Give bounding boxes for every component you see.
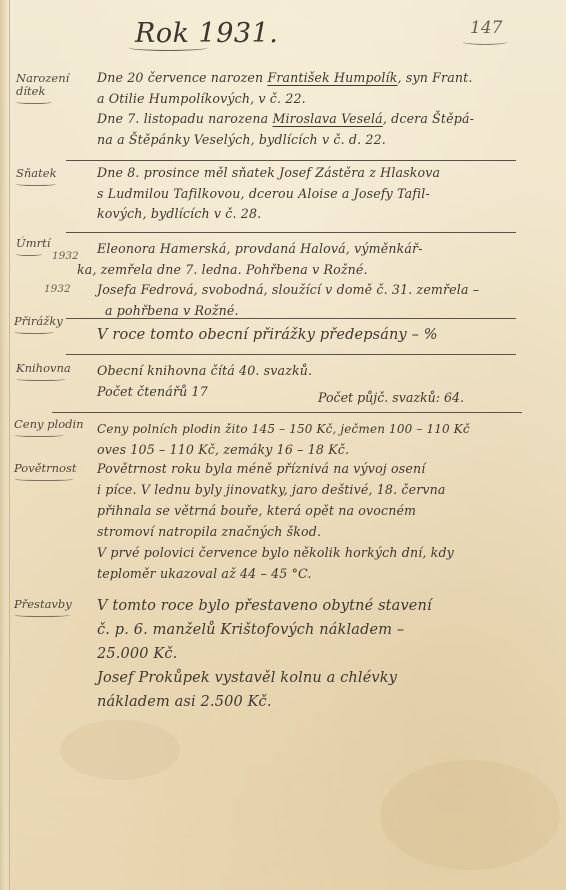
death-year-note: 1932 [44, 283, 71, 295]
entry-line: Eleonora Hamerská, provdaná Halová, výmě… [97, 239, 522, 260]
text: Dne 7. listopadu narozena [97, 111, 272, 126]
section-divider [66, 354, 516, 355]
entry-line: stromoví natropila značných škod. [97, 521, 522, 542]
entry-line: i píce. V lednu byly jinovatky, jaro deš… [97, 479, 522, 500]
text: , dcera Štěpá- [383, 111, 474, 126]
name-underlined: Miroslava Veselá [272, 111, 382, 126]
section-divider [52, 412, 522, 413]
section-label-surcharges: Přirážky [14, 315, 63, 334]
entry-line: Josef Prokůpek vystavěl kolnu a chlévky [97, 666, 522, 690]
entry-line: nákladem asi 2.500 Kč. [97, 690, 522, 714]
entry-line: V prvé polovici července bylo několik ho… [97, 542, 522, 563]
text: , syn Frant. [398, 70, 473, 85]
label-underline [14, 329, 54, 334]
entry-line: s Ludmilou Tafilkovou, dcerou Aloise a J… [97, 184, 522, 205]
title-flourish [128, 44, 208, 51]
death-year-note: 1932 [52, 250, 79, 262]
label-underline [16, 181, 56, 186]
label-text: Knihovna [16, 361, 71, 375]
entry-line: Dne 8. prosince měl sňatek Josef Zástěra… [97, 163, 522, 184]
paper-stain [380, 760, 560, 870]
label-underline [16, 251, 42, 256]
label-underline [14, 612, 70, 617]
entry-line: V tomto roce bylo přestaveno obytné stav… [97, 594, 522, 618]
label-text: Přestavby [14, 597, 72, 611]
label-text: Přirážky [14, 314, 63, 328]
section-label-marriage: Sňatek [16, 167, 57, 186]
label-text: dítek [16, 84, 45, 98]
label-text: Úmrtí [16, 236, 50, 250]
library-loans-count: Počet půjč. svazků: 64. [318, 390, 464, 405]
entry-rebuilding: V tomto roce bylo přestaveno obytné stav… [97, 594, 522, 714]
entry-line: a Otilie Humpolíkových, v č. 22. [97, 89, 522, 110]
section-divider [66, 318, 516, 319]
entry-line: č. p. 6. manželů Krištofových nákladem – [97, 618, 522, 642]
label-underline [16, 99, 52, 104]
label-text: Ceny plodin [14, 417, 84, 431]
entry-line: přihnala se větrná bouře, která opět na … [97, 500, 522, 521]
page-number: 147 [470, 18, 502, 38]
entry-line: Ceny polních plodin žito 145 – 150 Kč, j… [97, 419, 522, 440]
entry-line: Povětrnost roku byla méně příznivá na vý… [97, 458, 522, 479]
label-underline [16, 376, 66, 381]
section-label-births: Narození dítek [16, 72, 69, 104]
entry-line: ka, zemřela dne 7. ledna. Pohřbena v Rož… [77, 260, 522, 281]
section-divider [66, 160, 516, 161]
entry-line: V roce tomto obecní přirážky předepsány … [97, 323, 522, 347]
entry-surcharges: V roce tomto obecní přirážky předepsány … [97, 323, 522, 347]
page-number-flourish [462, 38, 508, 45]
section-label-deaths: Úmrtí [16, 237, 50, 256]
chronicle-page: Rok 1931. 147 Narození dítek Dne 20 červ… [0, 0, 566, 890]
name-underlined: František Humpolík [267, 70, 397, 85]
entry-marriage: Dne 8. prosince měl sňatek Josef Zástěra… [97, 163, 522, 225]
entry-weather: Povětrnost roku byla méně příznivá na vý… [97, 458, 522, 584]
label-text: Narození [16, 71, 69, 85]
entry-line: Dne 20 července narozen František Humpol… [97, 68, 522, 89]
label-underline [14, 432, 64, 437]
section-label-crop-prices: Ceny plodin [14, 418, 84, 437]
section-divider [66, 232, 516, 233]
entry-births: Dne 20 července narozen František Humpol… [97, 68, 522, 150]
entry-line: na a Štěpánky Veselých, bydlících v č. d… [97, 130, 522, 151]
page-binding-edge [0, 0, 10, 890]
section-label-library: Knihovna [16, 362, 71, 381]
label-text: Povětrnost [14, 461, 76, 475]
entry-line: Obecní knihovna čítá 40. svazků. [97, 361, 522, 382]
entry-deaths: Eleonora Hamerská, provdaná Halová, výmě… [97, 239, 522, 321]
paper-stain [60, 720, 180, 780]
entry-line: 25.000 Kč. [97, 642, 522, 666]
entry-line: oves 105 – 110 Kč, zemáky 16 – 18 Kč. [97, 440, 522, 461]
section-label-rebuilding: Přestavby [14, 598, 72, 617]
text: Dne 20 července narozen [97, 70, 267, 85]
entry-crop-prices: Ceny polních plodin žito 145 – 150 Kč, j… [97, 419, 522, 460]
label-underline [14, 476, 74, 481]
entry-line: kových, bydlících v č. 28. [97, 204, 522, 225]
entry-line: Dne 7. listopadu narozena Miroslava Vese… [97, 109, 522, 130]
entry-line: Josefa Fedrová, svobodná, sloužící v dom… [97, 280, 522, 301]
label-text: Sňatek [16, 166, 57, 180]
section-label-weather: Povětrnost [14, 462, 76, 481]
entry-line: teploměr ukazoval až 44 – 45 °C. [97, 563, 522, 584]
